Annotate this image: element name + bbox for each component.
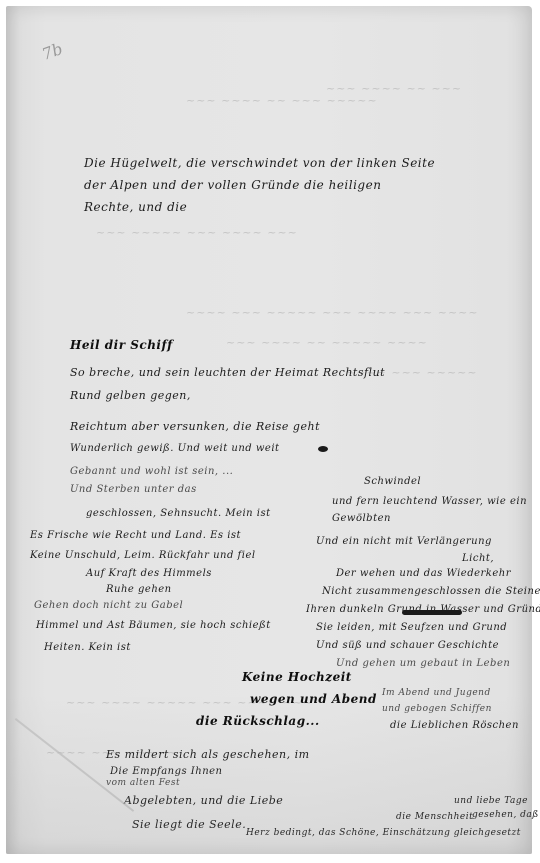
bleed-through-text: ~~~~ ~~~ ~~~~~	[46, 746, 178, 759]
manuscript-line: Und ein nicht mit Verlängerung	[316, 536, 492, 547]
manuscript-line: Es Frische wie Recht und Land. Es ist	[30, 530, 241, 541]
manuscript-line: und gebogen Schiffen	[382, 704, 492, 714]
manuscript-line: Heiten. Kein ist	[44, 642, 131, 653]
bleed-through-text: ~~~ ~~~~ ~~ ~~~~~ ~~~~	[226, 336, 428, 349]
manuscript-line: Rund gelben gegen,	[70, 389, 191, 402]
manuscript-line: wegen und Abend	[250, 692, 377, 706]
manuscript-line: Licht,	[462, 553, 494, 564]
bleed-through-text: ~~~~ ~~~ ~~~~~ ~~~ ~~~~ ~~~ ~~~~	[186, 306, 479, 319]
bleed-through-text: ~~~ ~~~~~ ~~~ ~~~~ ~~~	[96, 226, 298, 239]
manuscript-line: Und süß und schauer Geschichte	[316, 640, 499, 651]
manuscript-line: Der wehen und das Wiederkehr	[336, 568, 511, 579]
manuscript-line: Rechte, und die	[84, 200, 187, 214]
manuscript-line: Gebannt und wohl ist sein, ...	[70, 466, 233, 477]
manuscript-page: 7b ~~~ ~~~~ ~~ ~~~ ~~~~~ ~~~ ~~~~ ~~ ~~~…	[6, 6, 532, 854]
manuscript-line: So breche, und sein leuchten der Heimat …	[70, 366, 385, 379]
manuscript-line: vom alten Fest	[106, 778, 180, 788]
manuscript-line: Abgelebten, und die Liebe	[124, 794, 283, 807]
manuscript-line: Es mildert sich als geschehen, im	[106, 748, 310, 761]
manuscript-line: Himmel und Ast Bäumen, sie hoch schießt	[36, 620, 271, 631]
manuscript-line: Sie leiden, mit Seufzen und Grund	[316, 622, 507, 633]
manuscript-line: Schwindel	[364, 476, 421, 487]
manuscript-line: die Rückschlag...	[196, 714, 320, 728]
manuscript-line: Herz bedingt, das Schöne, Einschätzung g…	[246, 828, 521, 838]
manuscript-heading: Heil dir Schiff	[70, 338, 173, 352]
manuscript-line: Im Abend und Jugend	[382, 688, 491, 698]
paper-fold-crease	[15, 718, 134, 812]
manuscript-line: Ruhe gehen	[106, 584, 172, 595]
manuscript-line: Gehen doch nicht zu Gabel	[34, 600, 183, 611]
manuscript-line: Die Empfangs Ihnen	[110, 766, 223, 777]
manuscript-line: Wunderlich gewiß. Und weit und weit	[70, 443, 280, 454]
manuscript-line: geschlossen, Sehnsucht. Mein ist	[86, 508, 271, 519]
manuscript-line: Keine Hochzeit	[242, 670, 352, 684]
manuscript-line: Und Sterben unter das	[70, 484, 197, 495]
manuscript-line: und liebe Tage	[454, 796, 528, 806]
manuscript-line: Gewölbten	[332, 513, 391, 524]
manuscript-line: Reichtum aber versunken, die Reise geht	[70, 420, 320, 433]
manuscript-line: gesehen, daß	[472, 810, 539, 820]
manuscript-line: Nicht zusammengeschlossen die Steine	[322, 586, 540, 597]
manuscript-line: und fern leuchtend Wasser, wie ein	[332, 496, 527, 507]
manuscript-line: Und gehen um gebaut in Leben	[336, 658, 510, 669]
manuscript-line: Sie liegt die Seele.	[132, 818, 246, 831]
manuscript-line: die Lieblichen Röschen	[390, 720, 519, 731]
manuscript-line: Auf Kraft des Himmels	[86, 568, 212, 579]
ink-blot	[402, 610, 462, 615]
ink-blot	[318, 446, 328, 452]
bleed-through-text: ~~~ ~~~~ ~~ ~~~ ~~~~~	[186, 94, 378, 107]
bleed-through-text: ~~~ ~~~~ ~~ ~~~	[326, 82, 462, 95]
manuscript-line: Die Hügelwelt, die verschwindet von der …	[84, 156, 435, 170]
manuscript-line: der Alpen und der vollen Gründe die heil…	[84, 178, 381, 192]
corner-annotation: 7b	[39, 39, 65, 64]
bleed-through-text: ~~~ ~~~~ ~~~~~ ~~~ ~~~~ ~~~	[66, 696, 313, 709]
manuscript-line: Keine Unschuld, Leim. Rückfahr und fiel	[30, 550, 256, 561]
manuscript-line: die Menschheit	[396, 812, 473, 822]
